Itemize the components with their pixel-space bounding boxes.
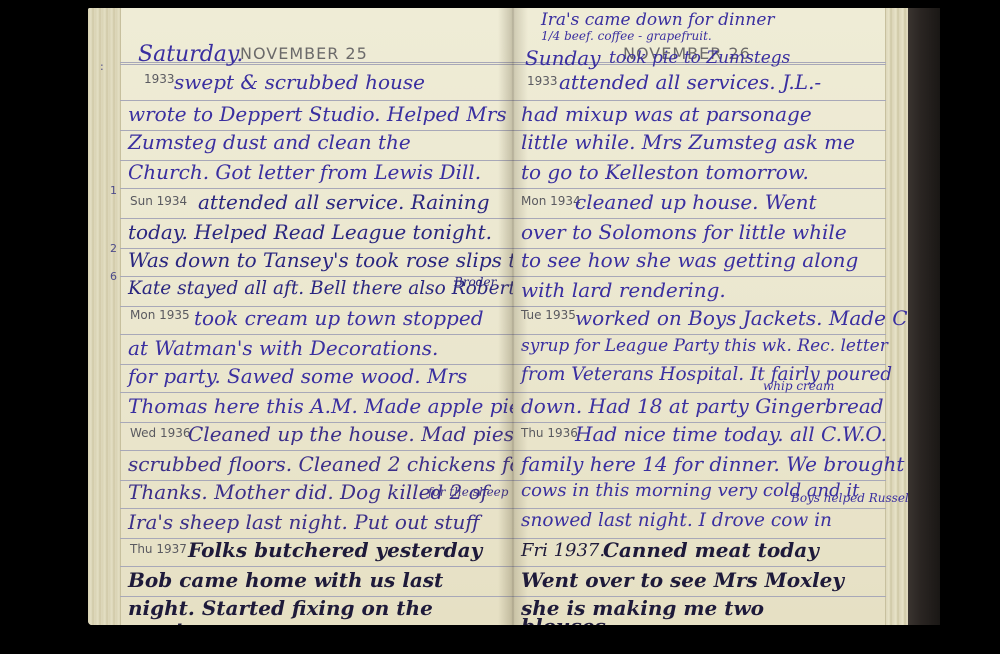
margin-mark: 1 [110, 184, 117, 197]
diary-book: : 1 2 6 NOVEMBER 25 Saturday. 1933 swept… [88, 8, 940, 625]
entry-line: Had nice time today. all C.W.O. [575, 424, 887, 444]
day-label: Sunday [525, 48, 601, 68]
entry-line: took pie to Zumstegs [609, 50, 790, 67]
entry-line: little while. Mrs Zumsteg ask me [521, 132, 855, 152]
top-note: Ira's came down for dinner [541, 12, 775, 29]
entry-line: Was down to Tansey's took rose slips to [128, 250, 513, 270]
margin-mark: 2 [110, 242, 117, 255]
entry-line: Thomas here this A.M. Made apple pie [128, 396, 513, 416]
entry-line: meat. [128, 620, 191, 625]
entry-line: for party. Sawed some wood. Mrs [128, 366, 467, 386]
insertion-note: Broder [454, 276, 496, 288]
entry-line: over to Solomons for little while [521, 222, 847, 242]
entry-line: family here 14 for dinner. We brought [521, 454, 904, 474]
margin-mark: : [100, 60, 104, 73]
entry-line: scrubbed floors. Cleaned 2 chickens for [128, 454, 513, 474]
insertion-note: Boys helped Russell [791, 492, 908, 504]
year-label: Wed 1936 [130, 426, 191, 440]
year-label: Mon 1934 [521, 194, 581, 208]
right-page: NOVEMBER 26 Ira's came down for dinner 1… [513, 8, 908, 625]
entry-line: Canned meat today [603, 540, 819, 560]
entry-line: blouses. [521, 616, 613, 625]
entry-line: from Veterans Hospital. It fairly poured [521, 366, 892, 385]
entry-line: had mixup was at parsonage [521, 104, 812, 124]
entry-line: to see how she was getting along [521, 250, 858, 270]
page-edges [88, 8, 121, 625]
margin-mark: 6 [110, 270, 117, 283]
year-label: 1933 [527, 74, 558, 88]
entry-line: Folks butchered yesterday [188, 540, 482, 560]
entry-line: Bob came home with us last [128, 570, 443, 590]
year-label: Thu 1936 [521, 426, 578, 440]
entry-line: to go to Kelleston tomorrow. [521, 162, 809, 182]
entry-line: with lard rendering. [521, 280, 726, 300]
entry-line: Cleaned up the house. Mad pies [188, 424, 513, 444]
entry-line: worked on Boys Jackets. Made Cho. [575, 308, 908, 328]
insertion-note: whip cream [763, 380, 834, 392]
day-label: Saturday. [138, 44, 243, 66]
insertion-note: for the sheep [428, 486, 508, 498]
entry-line: night. Started fixing on the [128, 598, 433, 618]
year-label: Fri 1937. [521, 542, 605, 560]
entry-line: snowed last night. I drove cow in [521, 512, 832, 531]
entry-line: attended all services. J.L.- [559, 72, 821, 92]
entry-line: cleaned up house. Went [575, 192, 817, 212]
entry-line: Church. Got letter from Lewis Dill. [128, 162, 481, 182]
year-label: Mon 1935 [130, 308, 190, 322]
entry-line: attended all service. Raining [198, 192, 490, 212]
book-cover-edge [908, 8, 940, 625]
entry-line: at Watman's with Decorations. [128, 338, 438, 358]
entry-line: Ira's sheep last night. Put out stuff [128, 512, 480, 532]
entry-line: syrup for League Party this wk. Rec. let… [521, 338, 888, 355]
year-label: 1933 [144, 72, 175, 86]
year-label: Tue 1935 [521, 308, 576, 322]
entry-line: today. Helped Read League tonight. [128, 222, 492, 242]
top-note: 1/4 beef. coffee - grapefruit. [541, 30, 712, 42]
left-page: : 1 2 6 NOVEMBER 25 Saturday. 1933 swept… [88, 8, 513, 625]
date-heading: NOVEMBER 25 [240, 44, 368, 63]
year-label: Sun 1934 [130, 194, 187, 208]
entry-line: Zumsteg dust and clean the [128, 132, 411, 152]
entry-line: wrote to Deppert Studio. Helped Mrs [128, 104, 507, 124]
entry-line: took cream up town stopped [194, 308, 484, 328]
entry-line: Went over to see Mrs Moxley [521, 570, 844, 590]
entry-line: down. Had 18 at party Gingerbread [521, 396, 884, 416]
entry-line: swept & scrubbed house [174, 72, 425, 92]
year-label: Thu 1937 [130, 542, 187, 556]
